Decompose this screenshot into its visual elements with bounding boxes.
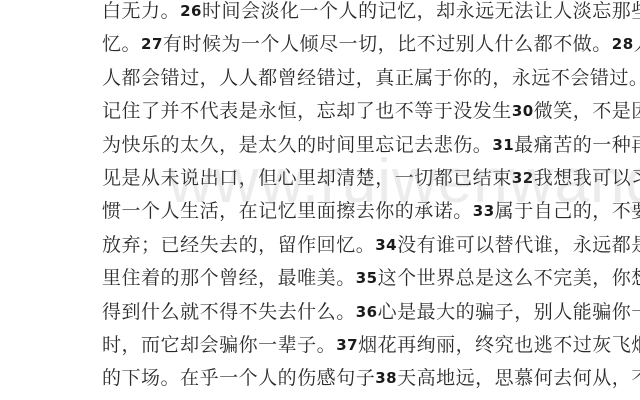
text-line: 见是从未说出口，但心里却清楚，一切都已结束32我想我可以习 [102, 162, 544, 195]
text-line: 为快乐的太久，是太久的时间里忘记去悲伤。31最痛苦的一种再 [102, 129, 544, 162]
text-line: 里住着的那个曾经，最唯美。35这个世界总是这么不完美，你想 [102, 262, 544, 295]
text-line: 白无力。26时间会淡化一个人的记忆，却永远无法让人淡忘那些回 [102, 0, 544, 28]
text-line: 的下场。在乎一个人的伤感句子38天高地远，思慕何去何从，不 [102, 362, 544, 395]
text-line: 记住了并不代表是永恒，忘却了也不等于没发生30微笑，不是因 [102, 95, 544, 128]
text-line: 忆。27有时候为一个人倾尽一切，比不过别人什么都不做。28人 [102, 28, 544, 61]
text-line: 惯一个人生活，在记忆里面擦去你的承诺。33属于自己的，不要 [102, 195, 544, 228]
document-page: 白无力。26时间会淡化一个人的记忆，却永远无法让人淡忘那些回 忆。27有时候为一… [0, 0, 640, 400]
text-line: 放弃；已经失去的，留作回忆。34没有谁可以替代谁，永远都是心 [102, 229, 544, 262]
text-line: 时，而它却会骗你一辈子。37烟花再绚丽，终究也逃不过灰飞烟灭 [102, 329, 544, 362]
document-body: 白无力。26时间会淡化一个人的记忆，却永远无法让人淡忘那些回 忆。27有时候为一… [102, 0, 544, 396]
text-line: 人都会错过，人人都曾经错过，真正属于你的，永远不会错过。29 [102, 62, 544, 95]
text-line: 得到什么就不得不失去什么。36心是最大的骗子，别人能骗你一 [102, 296, 544, 329]
